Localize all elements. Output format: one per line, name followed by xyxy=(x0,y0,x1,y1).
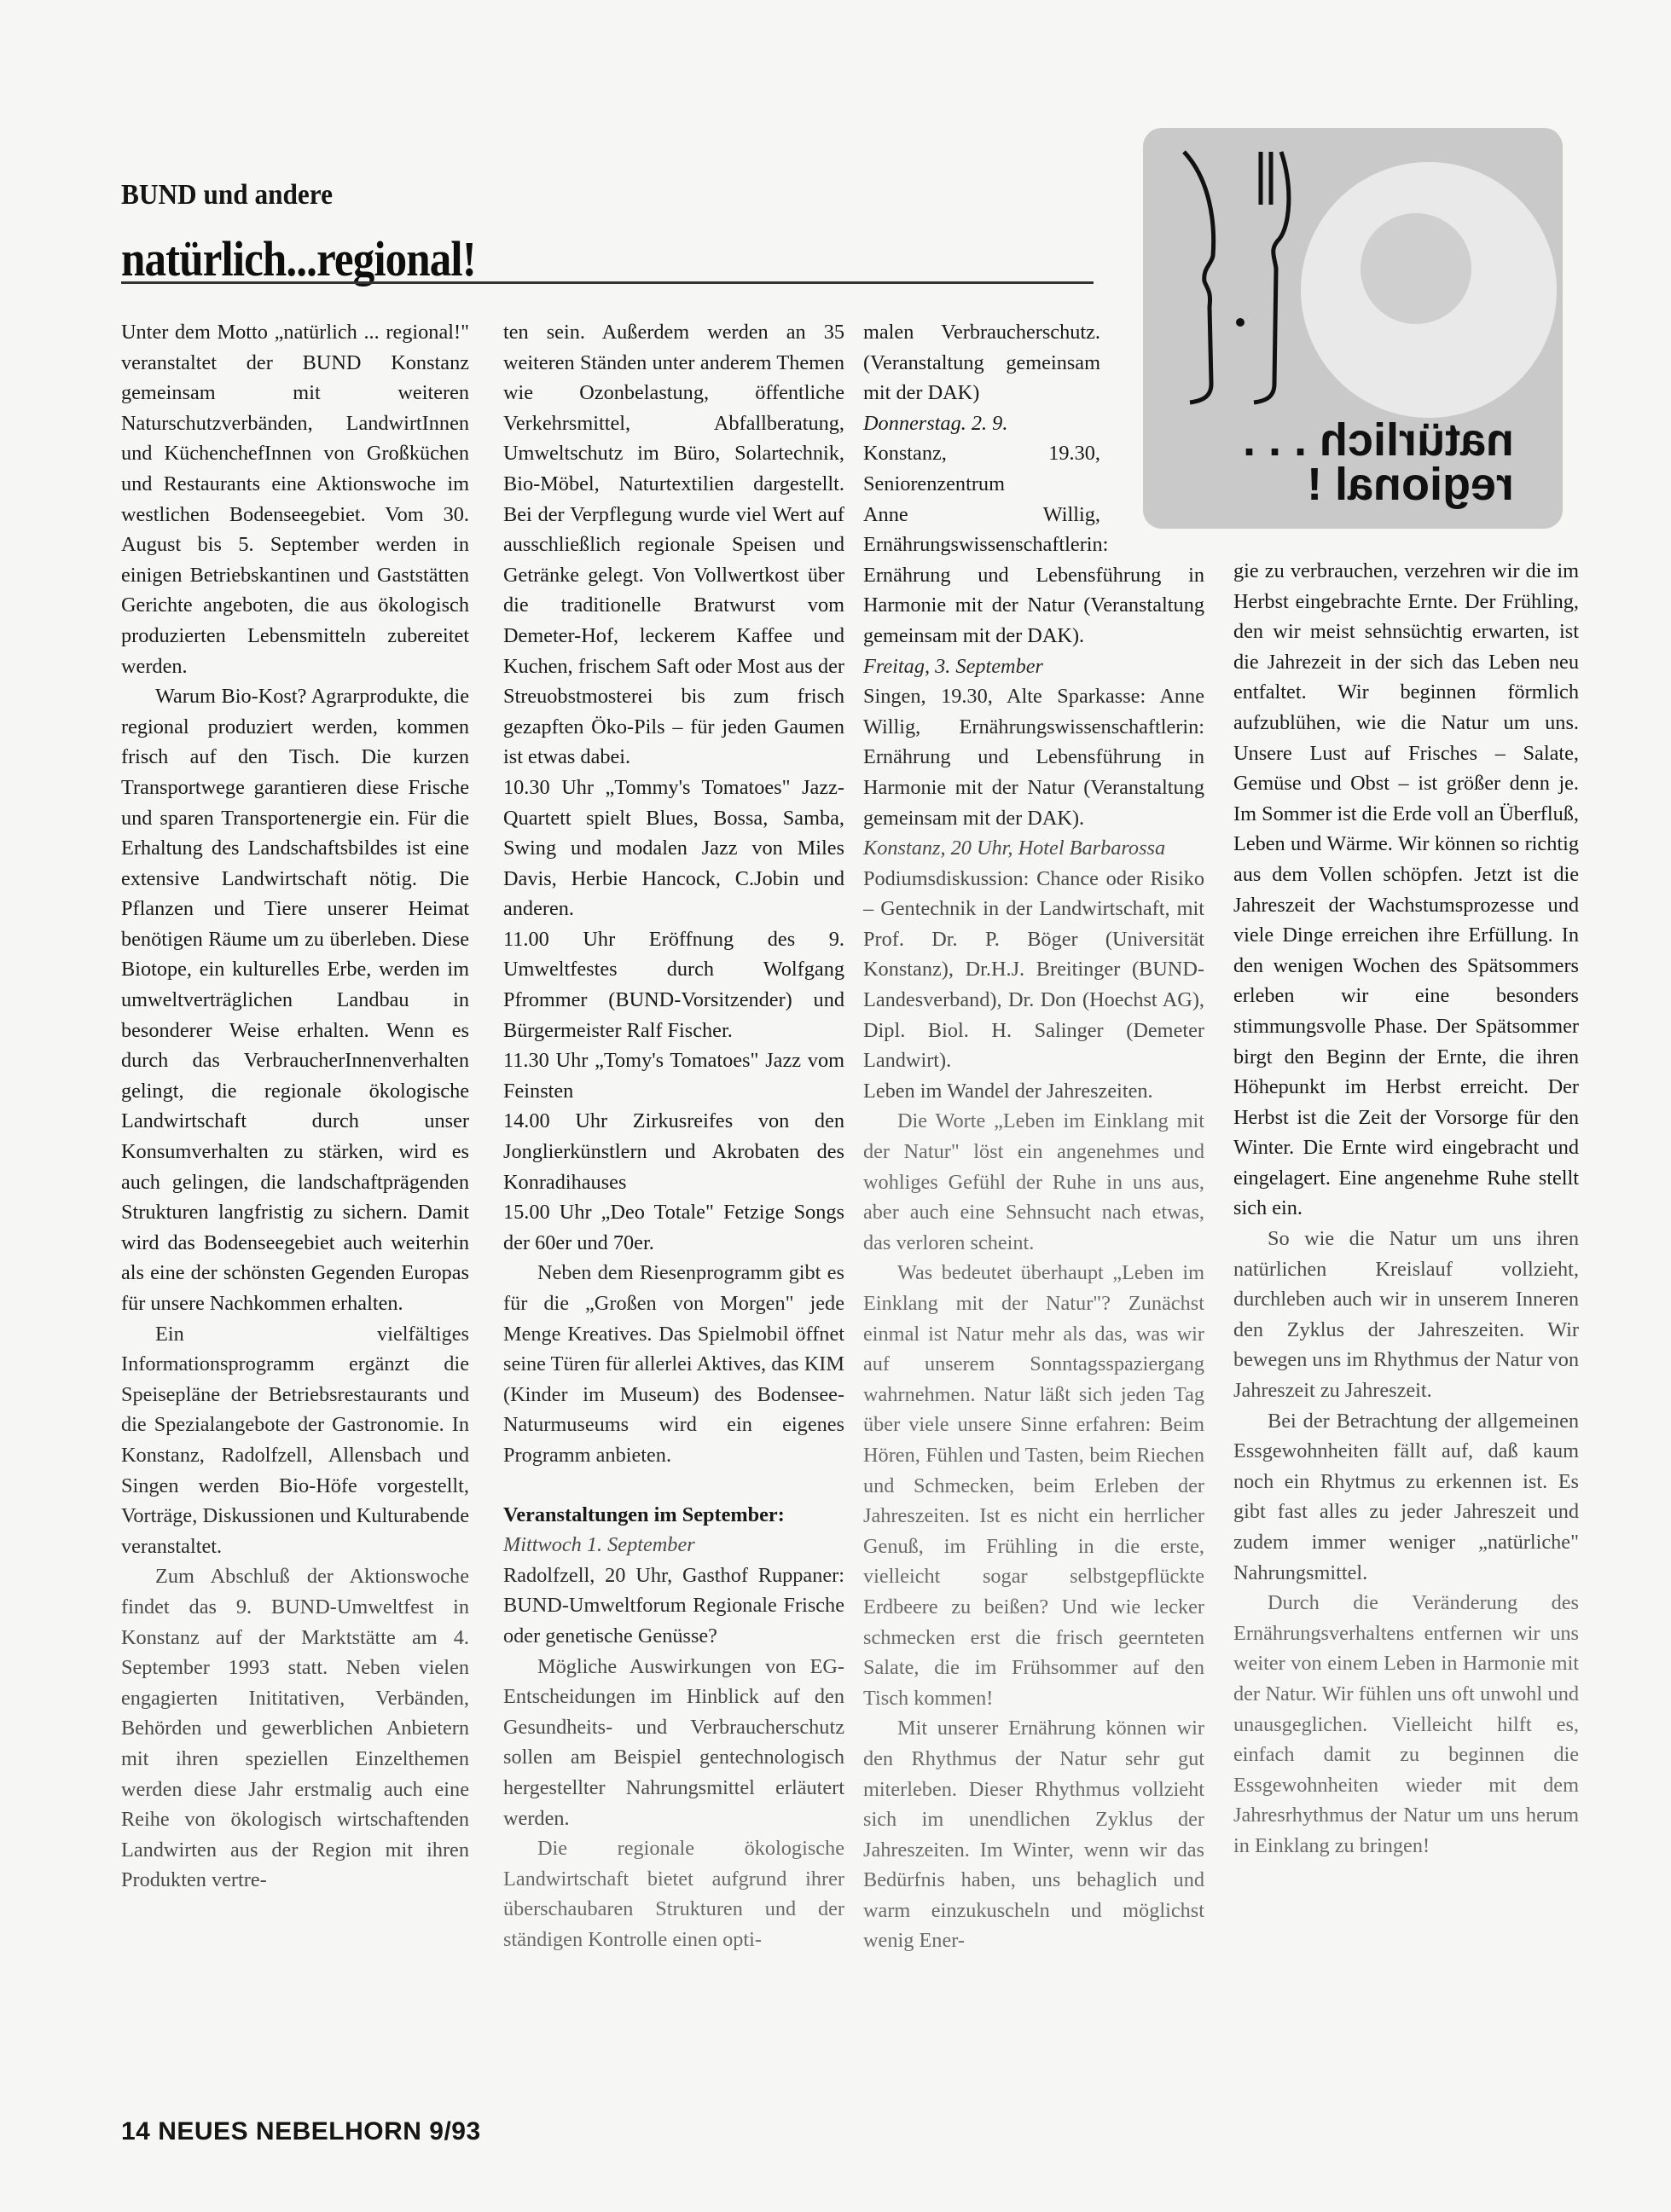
event-place: Konstanz, 19.30, Seniorenzentrum xyxy=(863,438,1100,499)
paragraph: Mit unserer Ernährung können wir den Rhy… xyxy=(863,1713,1204,1956)
page-number: 14 xyxy=(121,2117,150,2145)
event-text: Singen, 19.30, Alte Sparkasse: Anne Will… xyxy=(863,681,1204,833)
paragraph: So wie die Natur um uns ihren natürliche… xyxy=(1233,1224,1579,1406)
logo-line-1: natürlich . . . xyxy=(1190,418,1514,462)
paragraph: gie zu verbrauchen, verzehren wir die im… xyxy=(1233,556,1579,1224)
logo-text-mirrored: natürlich . . . regional ! xyxy=(1190,418,1514,507)
paragraph: Bei der Betrachtung der allgemeinen Essg… xyxy=(1233,1406,1579,1589)
page-footer: 14 NEUES NEBELHORN 9/93 xyxy=(121,2117,481,2146)
logo-line-2: regional ! xyxy=(1190,462,1514,507)
event-date: Konstanz, 20 Uhr, Hotel Barbarossa xyxy=(863,833,1204,864)
article-column-2: ten sein. Außerdem werden an 35 weiteren… xyxy=(503,317,844,1954)
event-text: Podiumsdiskussion: Chance oder Risiko – … xyxy=(863,864,1204,1076)
article-column-3: malen Verbraucherschutz. (Veranstaltung … xyxy=(863,317,1204,1956)
event-date: Freitag, 3. September xyxy=(863,651,1204,682)
paragraph: Die regionale ökologische Landwirtschaft… xyxy=(503,1833,844,1954)
paragraph: Die Worte „Leben im Einklang mit der Nat… xyxy=(863,1106,1204,1258)
event-text: Radolfzell, 20 Uhr, Gasthof Ruppaner: BU… xyxy=(503,1561,844,1652)
paragraph: Ein vielfältiges Informationsprogramm er… xyxy=(121,1319,469,1562)
paragraph: Mögliche Auswirkungen von EG-Entscheidun… xyxy=(503,1652,844,1834)
paragraph: Unter dem Motto „natürlich ... regional!… xyxy=(121,317,469,681)
article-column-1: Unter dem Motto „natürlich ... regional!… xyxy=(121,317,469,1896)
event-speaker: Anne Willig, Ernährungswissenschaftlerin… xyxy=(863,500,1100,560)
publication-name: NEUES NEBELHORN 9/93 xyxy=(158,2117,480,2145)
events-heading: Veranstaltungen im September: xyxy=(503,1500,844,1531)
article-headline: natürlich...regional! xyxy=(121,230,476,287)
natuerlich-regional-logo: natürlich . . . regional ! xyxy=(1143,128,1563,529)
paragraph: ten sein. Außerdem werden an 35 weiteren… xyxy=(503,317,844,773)
fork-icon xyxy=(1239,152,1289,402)
schedule-item: 11.30 Uhr „Tomy's Tomatoes" Jazz vom Fei… xyxy=(503,1045,844,1106)
event-date: Mittwoch 1. September xyxy=(503,1530,844,1561)
article-kicker: BUND und andere xyxy=(121,179,333,211)
event-date: Donnerstag. 2. 9. xyxy=(863,408,1100,439)
schedule-item: 14.00 Uhr Zirkusreifes von den Jonglierk… xyxy=(503,1106,844,1197)
paragraph: malen Verbraucherschutz. (Veranstaltung … xyxy=(863,317,1100,408)
paragraph: Warum Bio-Kost? Agrarprodukte, die regio… xyxy=(121,681,469,1318)
schedule-item: 15.00 Uhr „Deo Totale" Fetzige Songs der… xyxy=(503,1197,844,1258)
paragraph: Zum Abschluß der Aktionswoche findet das… xyxy=(121,1561,469,1896)
plate-center xyxy=(1361,213,1471,324)
paragraph: Durch die Veränderung des Ernährungsverh… xyxy=(1233,1588,1579,1861)
schedule-item: 10.30 Uhr „Tommy's Tomatoes" Jazz-Quarte… xyxy=(503,773,844,924)
article-column-4: gie zu verbrauchen, verzehren wir die im… xyxy=(1233,556,1579,1862)
paragraph: Neben dem Riesenprogramm gibt es für die… xyxy=(503,1258,844,1470)
section-title: Leben im Wandel der Jahreszeiten. xyxy=(863,1076,1204,1107)
headline-rule xyxy=(121,281,1094,284)
event-text: Ernährung und Lebensführung in Harmonie … xyxy=(863,560,1204,651)
schedule-item: 11.00 Uhr Eröffnung des 9. Umweltfestes … xyxy=(503,924,844,1045)
paragraph: Was bedeutet überhaupt „Leben im Einklan… xyxy=(863,1258,1204,1713)
